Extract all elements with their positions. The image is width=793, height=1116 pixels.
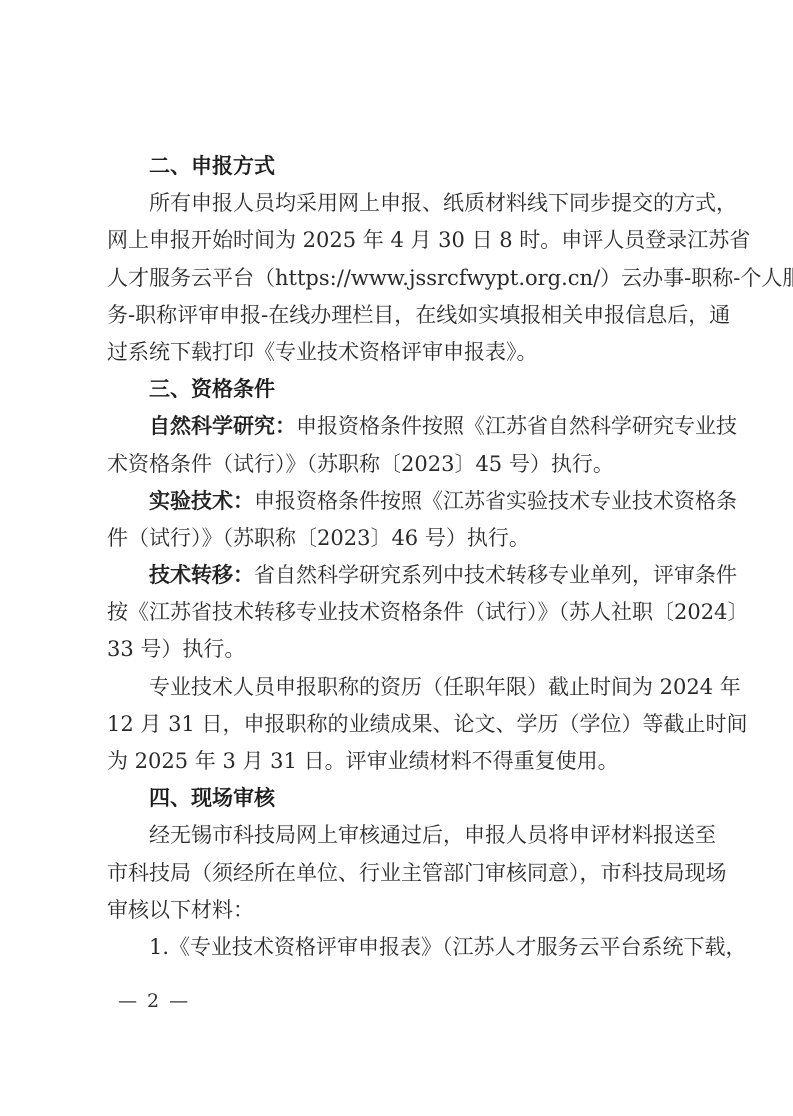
paragraph-line: 过系统下载打印《专业技术资格评审申报表》。 [107, 334, 691, 371]
lead-label-lab-tech: 实验技术： [149, 489, 254, 513]
paragraph-line: 务-职称评审申报-在线办理栏目，在线如实填报相关申报信息后，通 [107, 297, 691, 334]
section-heading-application-method: 二、申报方式 [107, 148, 691, 185]
paragraph-line: 为 2025 年 3 月 31 日。评审业绩材料不得重复使用。 [107, 743, 691, 780]
paragraph-line: 按《江苏省技术转移专业技术资格条件（试行）》（苏人社职〔2024〕 [107, 594, 691, 631]
paragraph-text: 省自然科学研究系列中技术转移专业单列，评审条件 [254, 563, 737, 587]
paragraph-line-deadline: 专业技术人员申报职称的资历（任职年限）截止时间为 2024 年 [107, 669, 691, 706]
paragraph-line: 审核以下材料： [107, 892, 691, 929]
paragraph-line: 经无锡市科技局网上审核通过后，申报人员将申评材料报送至 [107, 817, 691, 854]
section-heading-onsite-review: 四、现场审核 [107, 780, 691, 817]
paragraph-line: 12 月 31 日，申报职称的业绩成果、论文、学历（学位）等截止时间 [107, 706, 691, 743]
document-body: 二、申报方式 所有申报人员均采用网上申报、纸质材料线下同步提交的方式， 网上申报… [107, 148, 691, 966]
paragraph-text: 申报资格条件按照《江苏省自然科学研究专业技 [296, 414, 737, 438]
paragraph-line-tech-transfer: 技术转移：省自然科学研究系列中技术转移专业单列，评审条件 [107, 557, 691, 594]
lead-label-tech-transfer: 技术转移： [149, 563, 254, 587]
lead-label-natural-science: 自然科学研究： [149, 414, 296, 438]
section-heading-qualifications: 三、资格条件 [107, 371, 691, 408]
paragraph-line: 网上申报开始时间为 2025 年 4 月 30 日 8 时。申评人员登录江苏省 [107, 222, 691, 259]
page-number: — 2 — [118, 990, 190, 1012]
paragraph-line: 术资格条件（试行）》（苏职称〔2023〕45 号）执行。 [107, 446, 691, 483]
document-page: 二、申报方式 所有申报人员均采用网上申报、纸质材料线下同步提交的方式， 网上申报… [0, 0, 793, 1116]
paragraph-line-with-url: 人才服务云平台（https://www.jssrcfwypt.org.cn/）云… [107, 260, 691, 297]
paragraph-line: 33 号）执行。 [107, 631, 691, 668]
paragraph-line-lab-tech: 实验技术：申报资格条件按照《江苏省实验技术专业技术资格条 [107, 483, 691, 520]
paragraph-line: 所有申报人员均采用网上申报、纸质材料线下同步提交的方式， [107, 185, 691, 222]
paragraph-line: 市科技局（须经所在单位、行业主管部门审核同意），市科技局现场 [107, 855, 691, 892]
paragraph-line-natural-science: 自然科学研究：申报资格条件按照《江苏省自然科学研究专业技 [107, 408, 691, 445]
paragraph-text: 申报资格条件按照《江苏省实验技术专业技术资格条 [254, 489, 737, 513]
list-item-1: 1.《专业技术资格评审申报表》（江苏人才服务云平台系统下载， [107, 929, 691, 966]
paragraph-line: 件（试行）》（苏职称〔2023〕46 号）执行。 [107, 520, 691, 557]
